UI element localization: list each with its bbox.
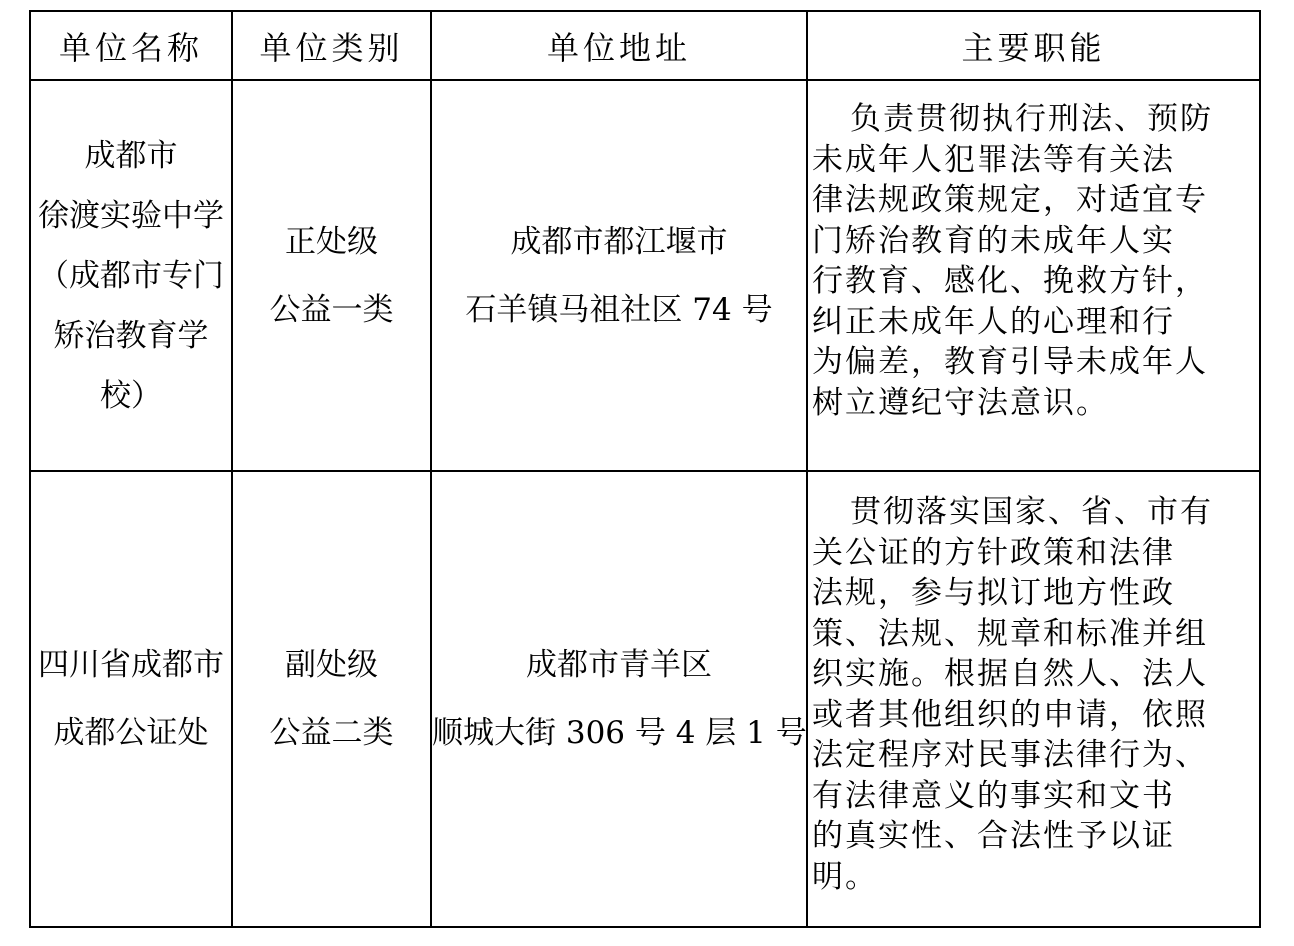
function-line: 关公证的方针政策和法律 [812,533,1253,574]
unit-name-cell: 成都市 徐渡实验中学 （成都市专门 矫治教育学 校） [30,80,232,471]
function-line: 未成年人犯罪法等有关法 [812,140,1253,181]
unit-address-line: 顺城大街 306 号 4 层 1 号 [432,699,806,767]
unit-name-line: 成都公证处 [31,699,231,767]
unit-category-cell: 正处级 公益一类 [232,80,431,471]
unit-category-line: 公益二类 [233,699,430,767]
table-header-row: 单位名称 单位类别 单位地址 主要职能 [30,11,1260,80]
function-line: 明。 [812,857,1253,898]
unit-name-line: 四川省成都市 [31,631,231,699]
function-line: 纠正未成年人的心理和行 [812,302,1253,343]
function-line: 法规，参与拟订地方性政 [812,573,1253,614]
function-line: 法定程序对民事法律行为、 [812,735,1253,776]
function-line: 律法规政策规定，对适宜专 [812,180,1253,221]
unit-name-cell: 四川省成都市 成都公证处 [30,471,232,927]
function-line: 策、法规、规章和标准并组 [812,614,1253,655]
function-line: 或者其他组织的申请，依照 [812,695,1253,736]
unit-name-line: 校） [31,366,231,426]
unit-address-cell: 成都市青羊区 顺城大街 306 号 4 层 1 号 [431,471,807,927]
function-line: 树立遵纪守法意识。 [812,383,1253,424]
unit-name-line: （成都市专门 [31,246,231,306]
table-row: 四川省成都市 成都公证处 副处级 公益二类 成都市青羊区 顺城大街 306 号 … [30,471,1260,927]
header-unit-address: 单位地址 [431,11,807,80]
header-unit-name: 单位名称 [30,11,232,80]
unit-name-line: 成都市 [31,126,231,186]
function-line: 行教育、感化、挽救方针， [812,261,1253,302]
function-line: 为偏差，教育引导未成年人 [812,342,1253,383]
function-line: 织实施。根据自然人、法人 [812,654,1253,695]
unit-category-line: 公益一类 [233,276,430,344]
unit-address-line: 石羊镇马祖社区 74 号 [432,276,806,344]
unit-category-cell: 副处级 公益二类 [232,471,431,927]
main-functions-cell: 负责贯彻执行刑法、预防 未成年人犯罪法等有关法 律法规政策规定，对适宜专 门矫治… [807,80,1260,471]
unit-address-line: 成都市青羊区 [432,631,806,699]
units-table: 单位名称 单位类别 单位地址 主要职能 成都市 徐渡实验中学 （成都市专门 矫治… [29,10,1261,928]
function-line: 有法律意义的事实和文书 [812,776,1253,817]
unit-name-line: 矫治教育学 [31,306,231,366]
function-line: 门矫治教育的未成年人实 [812,221,1253,262]
unit-category-line: 正处级 [233,208,430,276]
unit-name-line: 徐渡实验中学 [31,186,231,246]
header-main-functions: 主要职能 [807,11,1260,80]
unit-address-line: 成都市都江堰市 [432,208,806,276]
header-unit-category: 单位类别 [232,11,431,80]
function-line: 的真实性、合法性予以证 [812,816,1253,857]
unit-category-line: 副处级 [233,631,430,699]
function-line: 负责贯彻执行刑法、预防 [812,99,1253,140]
table-row: 成都市 徐渡实验中学 （成都市专门 矫治教育学 校） 正处级 公益一类 成都市都… [30,80,1260,471]
unit-address-cell: 成都市都江堰市 石羊镇马祖社区 74 号 [431,80,807,471]
function-line: 贯彻落实国家、省、市有 [812,492,1253,533]
main-functions-cell: 贯彻落实国家、省、市有 关公证的方针政策和法律 法规，参与拟订地方性政 策、法规… [807,471,1260,927]
